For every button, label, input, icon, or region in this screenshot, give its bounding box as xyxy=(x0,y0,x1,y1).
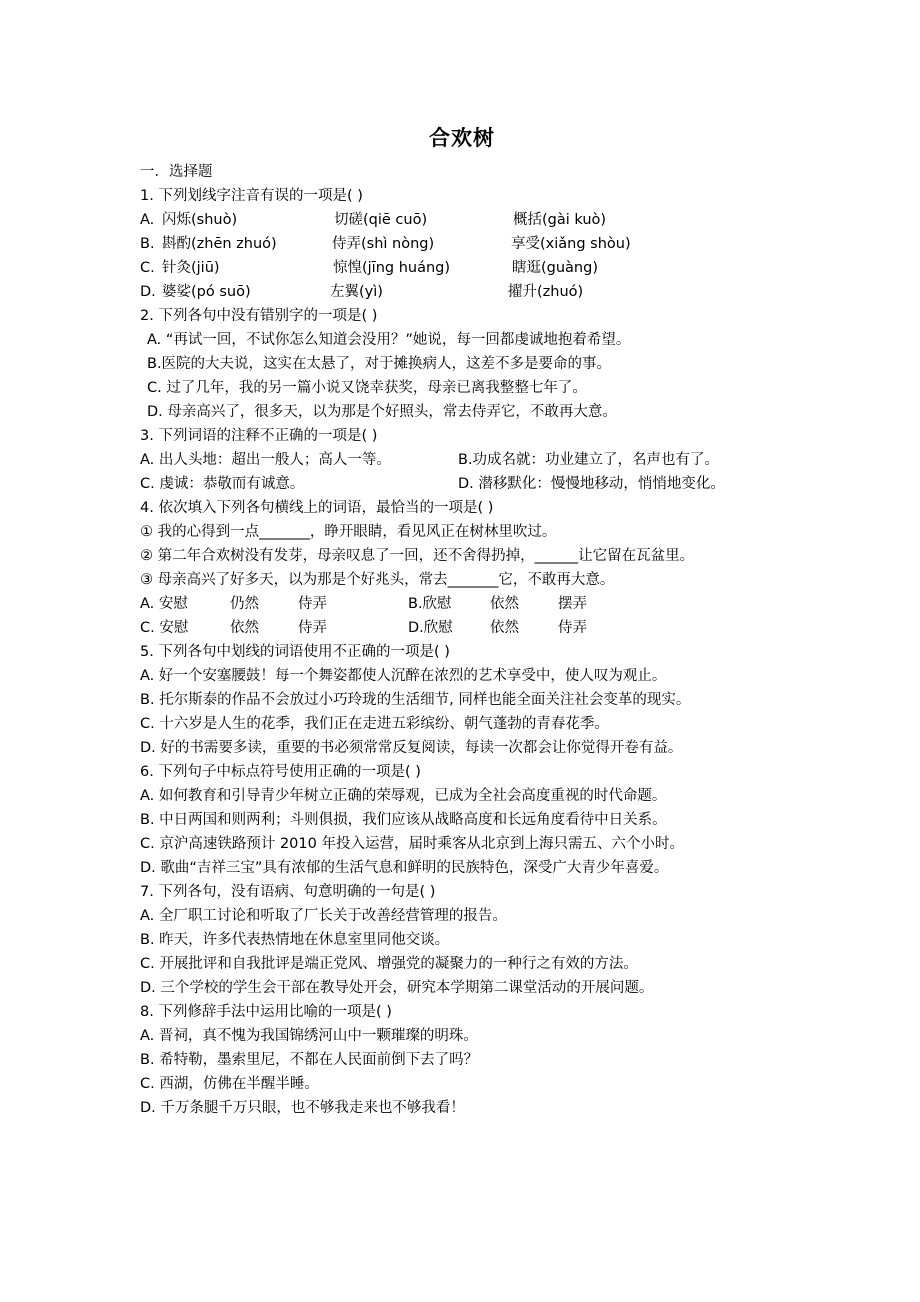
q4-option-d-word-2: 依然 xyxy=(490,618,519,638)
q5-option-d: D. 好的书需要多读，重要的书必须常常反复阅读，每读一次都会让你觉得开卷有益。 xyxy=(140,738,682,758)
q1-option-c-cell-3: 瞎逛(guàng) xyxy=(512,258,598,278)
q8-option-c: C. 西湖，仿佛在半醒半睡。 xyxy=(140,1074,319,1094)
q8-option-a: A. 晋祠，真不愧为我国锦绣河山中一颗璀璨的明珠。 xyxy=(140,1026,478,1046)
q1-option-b-label: B. xyxy=(140,234,155,254)
document-page: 合欢树 一．选择题 1. 下列划线字注音有误的一项是( ) A. 闪烁(shuò… xyxy=(0,0,920,1302)
q2-option-b: B.医院的大夫说，这实在太悬了，对于摊换病人，这差不多是要命的事。 xyxy=(147,354,611,374)
question-3-stem: 3. 下列词语的注释不正确的一项是( ) xyxy=(140,426,377,446)
q1-option-d-cell-2: 左翼(yì) xyxy=(330,282,383,302)
q1-option-b-cell-2: 侍弄(shì nòng) xyxy=(332,234,434,254)
q2-option-d: D. 母亲高兴了，很多天，以为那是个好照头，常去侍弄它，不敢再大意。 xyxy=(147,402,617,422)
question-4-stem: 4. 依次填入下列各句横线上的词语，最恰当的一项是( ) xyxy=(140,498,493,518)
q1-option-d-cell-3: 擢升(zhuó) xyxy=(508,282,583,302)
q7-option-c: C. 开展批评和自我批评是端正党风、增强党的凝聚力的一种行之有效的方法。 xyxy=(140,954,638,974)
q1-option-a-cell-2: 切磋(qiē cuō) xyxy=(334,210,427,230)
question-6-stem: 6. 下列句子中标点符号使用正确的一项是( ) xyxy=(140,762,421,782)
q4-option-b-word-1: B.欣慰 xyxy=(408,594,452,614)
q5-option-a: A. 好一个安塞腰鼓！每一个舞姿都使人沉醉在浓烈的艺术享受中，使人叹为观止。 xyxy=(140,666,666,686)
question-1-stem: 1. 下列划线字注音有误的一项是( ) xyxy=(140,186,363,206)
question-7-stem: 7. 下列各句，没有语病、句意明确的一句是( ) xyxy=(140,882,435,902)
q4-option-c-word-2: 依然 xyxy=(230,618,259,638)
q1-option-d-cell-1: 婆娑(pó suō) xyxy=(162,282,251,302)
q1-option-c-cell-2: 惊惶(jīng huáng) xyxy=(333,258,450,278)
q4-option-a-word-3: 侍弄 xyxy=(298,594,327,614)
q6-option-b: B. 中日两国和则两利；斗则俱损，我们应该从战略高度和长远角度看待中日关系。 xyxy=(140,810,667,830)
q4-option-c-word-3: 侍弄 xyxy=(298,618,327,638)
document-title: 合欢树 xyxy=(0,122,920,152)
q6-option-d: D. 歌曲“吉祥三宝”具有浓郁的生活气息和鲜明的民族特色，深受广大青少年喜爱。 xyxy=(140,858,668,878)
q2-option-c: C. 过了几年，我的另一篇小说又饶幸获奖，母亲已离我整整七年了。 xyxy=(147,378,587,398)
q4-option-b-word-3: 摆弄 xyxy=(558,594,587,614)
q1-option-c-cell-1: 针灸(jiū) xyxy=(162,258,220,278)
q4-option-a-word-2: 仍然 xyxy=(230,594,259,614)
question-2-stem: 2. 下列各句中没有错别字的一项是( ) xyxy=(140,306,377,326)
q1-option-b-cell-1: 斟酌(zhēn zhuó) xyxy=(162,234,277,254)
q5-option-c: C. 十六岁是人生的花季，我们正在走进五彩缤纷、朝气蓬勃的青春花季。 xyxy=(140,714,609,734)
q2-option-a: A. “再试一回，不试你怎么知道会没用？”她说，每一回都虔诚地抱着希望。 xyxy=(147,330,630,350)
q1-option-c-label: C. xyxy=(140,258,155,278)
q4-sentence-2: ② 第二年合欢树没有发芽，母亲叹息了一回，还不舍得扔掉，______让它留在瓦盆… xyxy=(140,546,694,566)
question-5-stem: 5. 下列各句中划线的词语使用不正确的一项是( ) xyxy=(140,642,450,662)
q4-option-c-word-1: C. 安慰 xyxy=(140,618,188,638)
q4-option-a-word-1: A. 安慰 xyxy=(140,594,188,614)
q7-option-b: B. 昨天，许多代表热情地在休息室里同他交谈。 xyxy=(140,930,449,950)
q6-option-a: A. 如何教育和引导青少年树立正确的荣辱观，已成为全社会高度重视的时代命题。 xyxy=(140,786,666,806)
question-8-stem: 8. 下列修辞手法中运用比喻的一项是( ) xyxy=(140,1002,392,1022)
q3-option-d: D. 潜移默化：慢慢地移动，悄悄地变化。 xyxy=(458,474,725,494)
q7-option-d: D. 三个学校的学生会干部在教导处开会，研究本学期第二课堂活动的开展问题。 xyxy=(140,978,653,998)
q4-sentence-1: ① 我的心得到一点_______，睁开眼睛，看见风正在树林里吹过。 xyxy=(140,522,556,542)
q1-option-d-label: D. xyxy=(140,282,156,302)
q4-option-d-word-3: 侍弄 xyxy=(558,618,587,638)
section-heading: 一．选择题 xyxy=(140,162,213,182)
q3-option-b: B.功成名就：功业建立了，名声也有了。 xyxy=(458,450,719,470)
q1-option-a-cell-3: 概括(gài kuò) xyxy=(513,210,606,230)
q1-option-b-cell-3: 享受(xiǎng shòu) xyxy=(511,234,631,254)
q8-option-d: D. 千万条腿千万只眼，也不够我走来也不够我看！ xyxy=(140,1098,465,1118)
q3-option-a: A. 出人头地：超出一般人；高人一等。 xyxy=(140,450,391,470)
q5-option-b: B. 托尔斯泰的作品不会放过小巧玲珑的生活细节, 同样也能全面关注社会变革的现实… xyxy=(140,690,690,710)
q1-option-a-label: A. xyxy=(140,210,154,230)
q8-option-b: B. 希特勒，墨索里尼，不都在人民面前倒下去了吗？ xyxy=(140,1050,478,1070)
q1-option-a-cell-1: 闪烁(shuò) xyxy=(162,210,237,230)
q4-option-d-word-1: D.欣慰 xyxy=(408,618,453,638)
q4-option-b-word-2: 依然 xyxy=(490,594,519,614)
q4-sentence-3: ③ 母亲高兴了好多天，以为那是个好兆头，常去_______它，不敢再大意。 xyxy=(140,570,614,590)
q3-option-c: C. 虔诚：恭敬而有诚意。 xyxy=(140,474,304,494)
q6-option-c: C. 京沪高速铁路预计 2010 年投入运营，届时乘客从北京到上海只需五、六个小… xyxy=(140,834,684,854)
q7-option-a: A. 全厂职工讨论和听取了厂长关于改善经营管理的报告。 xyxy=(140,906,507,926)
